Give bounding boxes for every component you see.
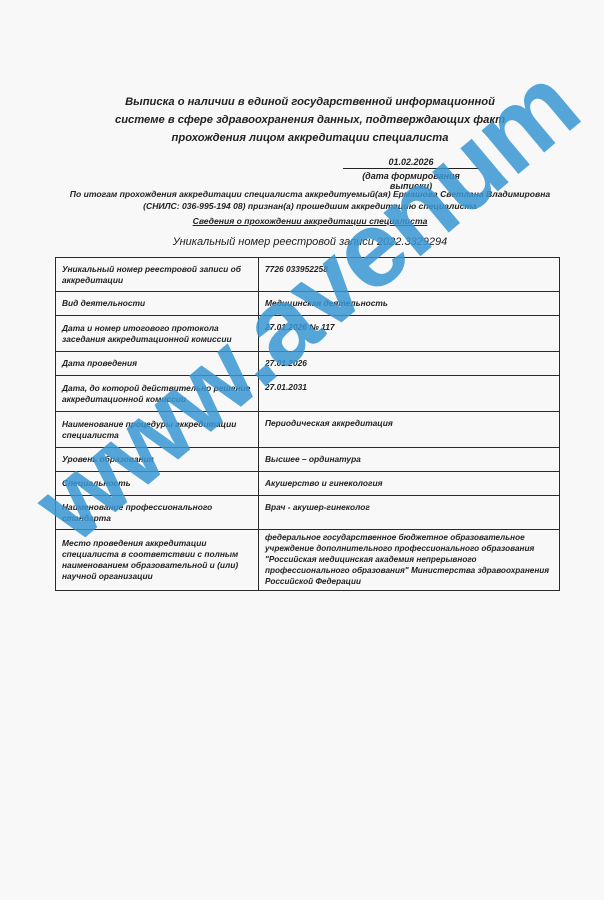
issue-date-block: 01.02.2026 (дата формирования выписки)	[343, 157, 479, 191]
table-row: Вид деятельности Медицинская деятельност…	[56, 292, 560, 316]
table-row: Уровень образования Высшее – ординатура	[56, 448, 560, 472]
row-label: Уровень образования	[56, 448, 259, 472]
intro-line: По итогам прохождения аккредитации специ…	[55, 188, 565, 200]
title-line: системе в сфере здравоохранения данных, …	[110, 111, 510, 129]
row-label: Дата проведения	[56, 352, 259, 376]
row-value: федеральное государственное бюджетное об…	[259, 530, 560, 591]
table-row: Наименование профессионального стандарта…	[56, 496, 560, 530]
row-value: 27.01.2031	[259, 376, 560, 412]
row-label: Специальность	[56, 472, 259, 496]
row-value: Акушерство и гинекология	[259, 472, 560, 496]
row-label: Вид деятельности	[56, 292, 259, 316]
intro-text: По итогам прохождения аккредитации специ…	[55, 188, 565, 212]
row-label: Место проведения аккредитации специалист…	[56, 530, 259, 591]
intro-line: (СНИЛС: 036-995-194 08) признан(а) проше…	[55, 200, 565, 212]
row-label: Дата, до которой действительно решение а…	[56, 376, 259, 412]
row-value: 27.01.2026 № 117	[259, 316, 560, 352]
document-title: Выписка о наличии в единой государственн…	[110, 93, 510, 147]
table-row: Дата, до которой действительно решение а…	[56, 376, 560, 412]
title-line: прохождения лицом аккредитации специалис…	[110, 129, 510, 147]
row-label: Дата и номер итогового протокола заседан…	[56, 316, 259, 352]
registry-number: Уникальный номер реестровой записи 2022.…	[100, 236, 520, 248]
table-row: Место проведения аккредитации специалист…	[56, 530, 560, 591]
table-row: Специальность Акушерство и гинекология	[56, 472, 560, 496]
table-row: Наименование процедуры аккредитации спец…	[56, 412, 560, 448]
accreditation-table: Уникальный номер реестровой записи об ак…	[55, 257, 560, 591]
document-page: Выписка о наличии в единой государственн…	[0, 0, 604, 900]
row-value: 7726 033952258	[259, 258, 560, 292]
table-row: Дата проведения 27.01.2026	[56, 352, 560, 376]
row-value: Высшее – ординатура	[259, 448, 560, 472]
section-subtitle: Сведения о прохождении аккредитации спец…	[100, 216, 520, 226]
row-value: Медицинская деятельность	[259, 292, 560, 316]
row-value: Периодическая аккредитация	[259, 412, 560, 448]
title-line: Выписка о наличии в единой государственн…	[110, 93, 510, 111]
table-row: Дата и номер итогового протокола заседан…	[56, 316, 560, 352]
row-value: Врач - акушер-гинеколог	[259, 496, 560, 530]
issue-date: 01.02.2026	[343, 157, 479, 169]
row-value: 27.01.2026	[259, 352, 560, 376]
table-row: Уникальный номер реестровой записи об ак…	[56, 258, 560, 292]
row-label: Наименование процедуры аккредитации спец…	[56, 412, 259, 448]
row-label: Наименование профессионального стандарта	[56, 496, 259, 530]
row-label: Уникальный номер реестровой записи об ак…	[56, 258, 259, 292]
